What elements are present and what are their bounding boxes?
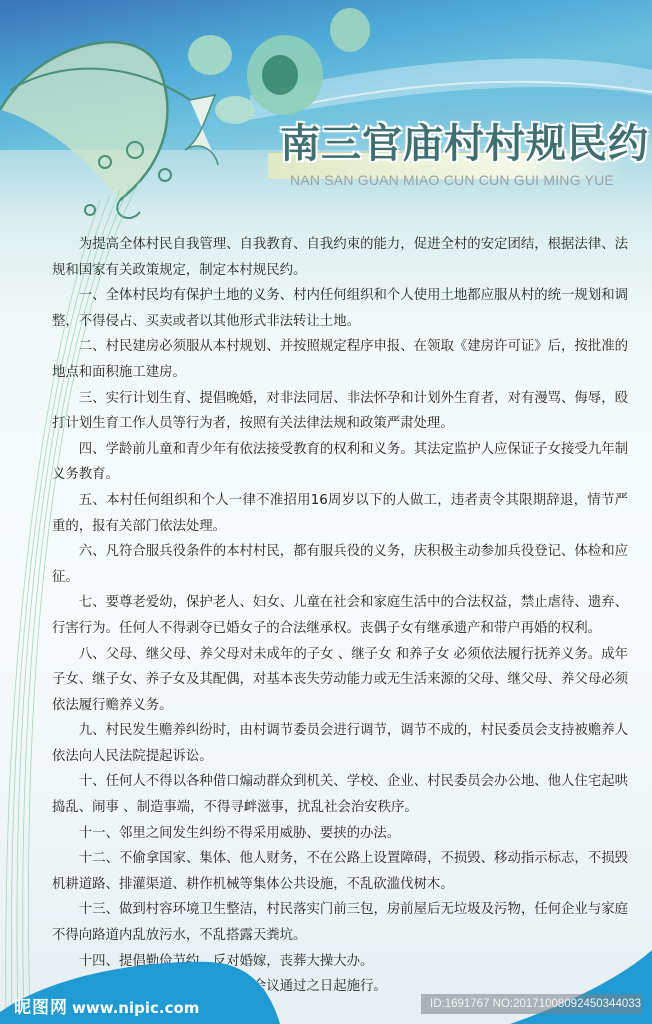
intro-paragraph: 为提高全体村民自我管理、自我教育、自我约束的能力，促进全村的安定团结，根据法律、… [52, 232, 628, 283]
regulations-body: 为提高全体村民自我管理、自我教育、自我约束的能力，促进全村的安定团结，根据法律、… [52, 232, 628, 1000]
article-12: 十二、不偷拿国家、集体、他人财务，不在公路上设置障碍，不损毁、移动指示标志，不损… [52, 846, 628, 897]
article-1: 一、全体村民均有保护土地的义务、村内任何组织和个人使用土地都应服从村的统一规划和… [52, 283, 628, 334]
logo-cn: 昵图网 [14, 998, 68, 1018]
article-3: 三、实行计划生育、提倡晚婚，对非法同居、非法怀孕和计划外生育者，对有漫骂、侮辱，… [52, 386, 628, 437]
article-11: 十一、邻里之间发生纠纷不得采用威胁、要挟的办法。 [52, 821, 628, 847]
article-13: 十三、做到村容环境卫生整洁，村民落实门前三包，房前屋后无垃圾及污物，任何企业与家… [52, 897, 628, 948]
page-subtitle: NAN SAN GUAN MIAO CUN CUN GUI MING YUE [290, 172, 614, 188]
article-2: 二、村民建房必须服从本村规划、并按照规定程序申报、在领取《建房许可证》后，按批准… [52, 334, 628, 385]
article-8: 八、父母、继父母、养父母对未成年的子女 、继子女 和养子女 必须依法履行抚养义务… [52, 642, 628, 719]
article-6: 六、凡符合服兵役条件的本村村民，都有服兵役的义务，庆积极主动参加兵役登记、体检和… [52, 539, 628, 590]
article-7: 七、要尊老爱幼，保护老人、妇女、儿童在社会和家庭生活中的合法权益，禁止虐待、遗弃… [52, 590, 628, 641]
article-5: 五、本村任何组织和个人一律不准招用16周岁以下的人做工，违者责令其限期辞退，情节… [52, 488, 628, 539]
image-id-watermark: ID:1691767 NO:20171008092450344033 [421, 994, 642, 1014]
nipic-logo: 昵图网www.nipic.com [14, 993, 199, 1018]
page-title: 南三官庙村村规民约 [280, 112, 649, 169]
article-9: 九、村民发生赡养纠纷时，由村调节委员会进行调节，调节不成的，村民委员会支持被赡养… [52, 718, 628, 769]
logo-url: www.nipic.com [72, 999, 199, 1017]
article-10: 十、任何人不得以各种借口煽动群众到机关、学校、企业、村民委员会办公地、他人住宅起… [52, 769, 628, 820]
article-4: 四、学龄前儿童和青少年有依法接受教育的权利和义务。其法定监护人应保证子女接受九年… [52, 437, 628, 488]
